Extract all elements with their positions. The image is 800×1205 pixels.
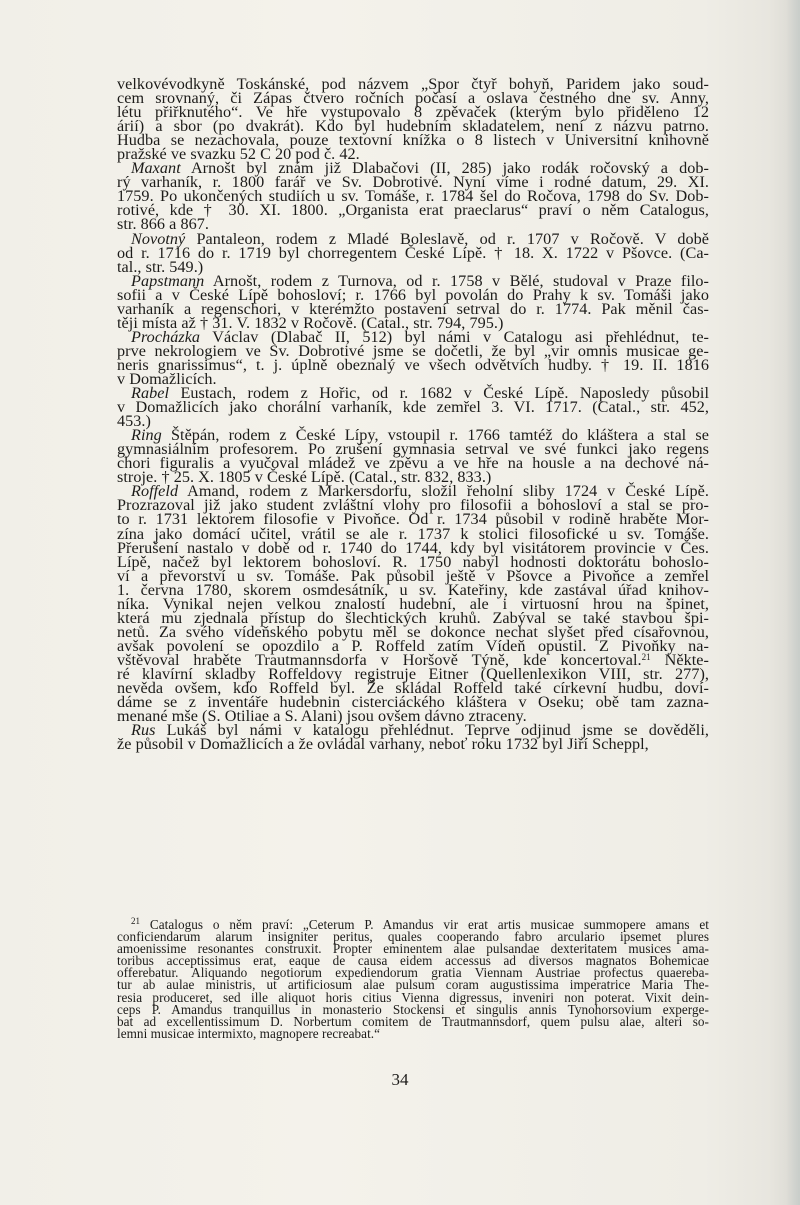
entry-prochazka: Procházka Václav (Dlabač II, 512) byl ná… <box>117 330 709 386</box>
text-line: od r. 1716 do r. 1719 byl chorregentem Č… <box>117 246 709 260</box>
footnote-number: 21 <box>131 916 140 926</box>
main-text-block: velkovévodkyně Toskánské, pod názvem „Sp… <box>117 77 709 751</box>
page-number: 34 <box>0 1070 800 1090</box>
paragraph-intro: velkovévodkyně Toskánské, pod názvem „Sp… <box>117 77 709 161</box>
footnote-reference[interactable]: 21 <box>642 652 651 662</box>
entry-roffeld: Roffeld Amand, rodem z Markersdorfu, slo… <box>117 484 709 723</box>
text-line: že působil v Domažlicích a že ovládal va… <box>117 737 709 751</box>
entry-maxant: Maxant Arnošt byl znám již Dlabačovi (II… <box>117 161 709 231</box>
page-binding-edge <box>786 0 800 1205</box>
entry-novotny: Novotný Pantaleon, rodem z Mladé Bolesla… <box>117 232 709 274</box>
entry-papstmann: Papstmann Arnošt, rodem z Turnova, od r.… <box>117 274 709 330</box>
footnote-line: lemni musicae intermixto, magnopere recr… <box>117 1028 709 1040</box>
scanned-page: velkovévodkyně Toskánské, pod názvem „Sp… <box>0 0 800 1205</box>
entry-ring: Ring Štěpán, rodem z České Lípy, vstoupi… <box>117 428 709 484</box>
text-line: v Domažlicích jako chorální varhaník, kd… <box>117 400 709 414</box>
entry-rabel: Rabel Eustach, rodem z Hořic, od r. 1682… <box>117 386 709 428</box>
entry-rus: Rus Lukáš byl námi v katalogu přehlédnut… <box>117 723 709 751</box>
footnote-block: 21 Catalogus o něm praví: „Ceterum P. Am… <box>117 919 709 1040</box>
